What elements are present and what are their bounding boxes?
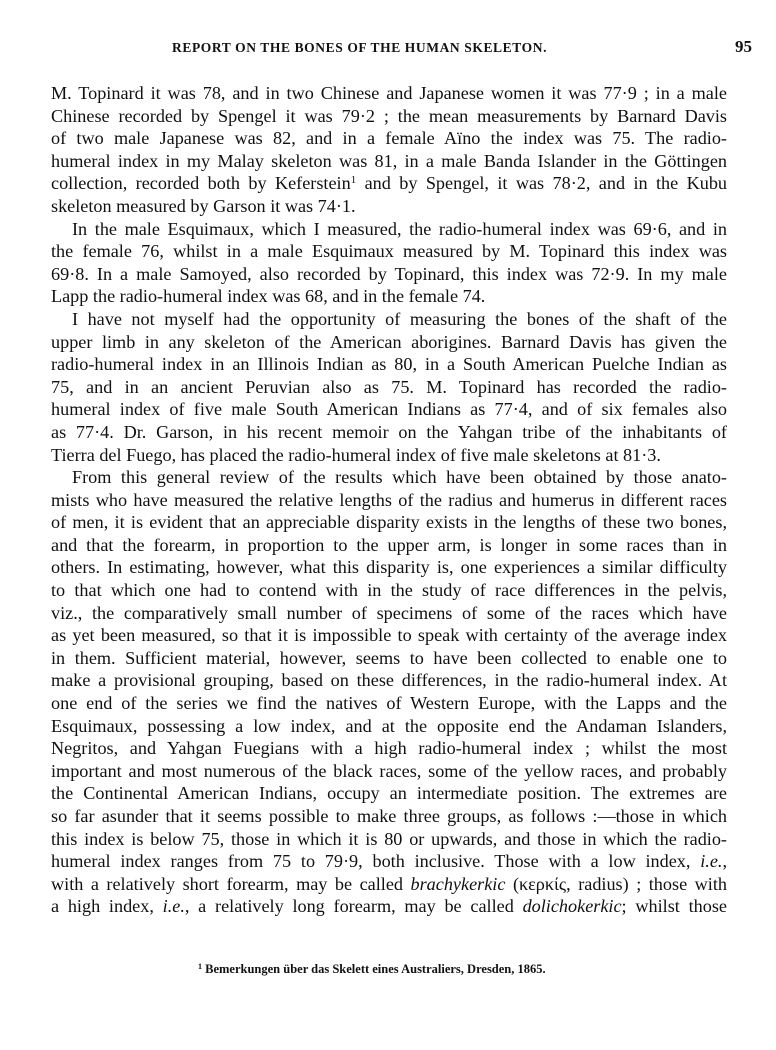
text-line: humeral index ranges from 75 to 79·9, bo…: [51, 850, 727, 873]
text-line: a high index, i.e., a relatively long fo…: [51, 895, 727, 918]
text-line: of two male Japanese was 82, and in a fe…: [51, 127, 727, 150]
paragraph: In the male Esquimaux, which I measured,…: [51, 218, 727, 308]
page-number: 95: [735, 37, 752, 57]
text-line: others. In estimating, however, what thi…: [51, 556, 727, 579]
text-line: viz., the comparatively small number of …: [51, 602, 727, 625]
text-line: important and most numerous of the black…: [51, 760, 727, 783]
text-line: skeleton measured by Garson it was 74·1.: [51, 195, 727, 218]
text-line: one end of the series we find the native…: [51, 692, 727, 715]
text-line: radio-humeral index in an Illinois India…: [51, 353, 727, 376]
body-text: M. Topinard it was 78, and in two Chines…: [51, 82, 727, 918]
text-segment: ,: [722, 851, 727, 871]
footnote-text: Bemerkungen über das Skelett eines Austr…: [202, 962, 546, 976]
text-line: so far asunder that it seems possible to…: [51, 805, 727, 828]
text-line: with a relatively short forearm, may be …: [51, 873, 727, 896]
text-line: M. Topinard it was 78, and in two Chines…: [51, 82, 727, 105]
text-segment: humeral index ranges from 75 to 79·9, bo…: [51, 851, 700, 871]
running-title: REPORT ON THE BONES OF THE HUMAN SKELETO…: [172, 40, 547, 56]
text-line: Tierra del Fuego, has placed the radio-h…: [51, 444, 727, 467]
text-segment: and by Spengel, it was 78·2, and in the …: [356, 173, 727, 193]
italic-term: dolichokerkic: [523, 896, 622, 916]
text-line: to that which one had to contend with in…: [51, 579, 727, 602]
text-line: as 77·4. Dr. Garson, in his recent memoi…: [51, 421, 727, 444]
text-line: I have not myself had the opportunity of…: [51, 308, 727, 331]
running-header: REPORT ON THE BONES OF THE HUMAN SKELETO…: [172, 40, 752, 64]
text-line: this index is below 75, those in which i…: [51, 828, 727, 851]
text-line: Chinese recorded by Spengel it was 79·2 …: [51, 105, 727, 128]
text-segment: collection, recorded both by Keferstein: [51, 173, 351, 193]
text-line: and that the forearm, in proportion to t…: [51, 534, 727, 557]
text-segment: a high index,: [51, 896, 163, 916]
italic-term: brachykerkic: [411, 874, 506, 894]
text-line: Lapp the radio-humeral index was 68, and…: [51, 285, 727, 308]
text-line: 69·8. In a male Samoyed, also recorded b…: [51, 263, 727, 286]
text-line: upper limb in any skeleton of the Americ…: [51, 331, 727, 354]
paragraph: I have not myself had the opportunity of…: [51, 308, 727, 466]
text-line: in them. Sufficient material, however, s…: [51, 647, 727, 670]
paragraph: From this general review of the results …: [51, 466, 727, 918]
text-segment: , a relatively long forearm, may be call…: [185, 896, 523, 916]
italic-term: i.e.: [700, 851, 722, 871]
italic-term: i.e.: [163, 896, 185, 916]
text-segment: (κερκίς, radius) ; those with: [505, 874, 727, 894]
text-line: humeral index of five male South America…: [51, 398, 727, 421]
footnote: 1 Bemerkungen über das Skelett eines Aus…: [198, 962, 546, 977]
text-line: of men, it is evident that an appreciabl…: [51, 511, 727, 534]
text-line: In the male Esquimaux, which I measured,…: [51, 218, 727, 241]
text-line: the Continental American Indians, occupy…: [51, 782, 727, 805]
text-segment: ; whilst those: [622, 896, 727, 916]
text-line: as yet been measured, so that it is impo…: [51, 624, 727, 647]
paragraph: M. Topinard it was 78, and in two Chines…: [51, 82, 727, 218]
text-line: Negritos, and Yahgan Fuegians with a hig…: [51, 737, 727, 760]
text-line: mists who have measured the relative len…: [51, 489, 727, 512]
text-line: 75, and in an ancient Peruvian also as 7…: [51, 376, 727, 399]
text-line: make a provisional grouping, based on th…: [51, 669, 727, 692]
text-line: Esquimaux, possessing a low index, and a…: [51, 715, 727, 738]
text-segment: with a relatively short forearm, may be …: [51, 874, 411, 894]
text-line: the female 76, whilst in a male Esquimau…: [51, 240, 727, 263]
text-line: From this general review of the results …: [51, 466, 727, 489]
text-line: collection, recorded both by Keferstein1…: [51, 172, 727, 195]
text-line: humeral index in my Malay skeleton was 8…: [51, 150, 727, 173]
